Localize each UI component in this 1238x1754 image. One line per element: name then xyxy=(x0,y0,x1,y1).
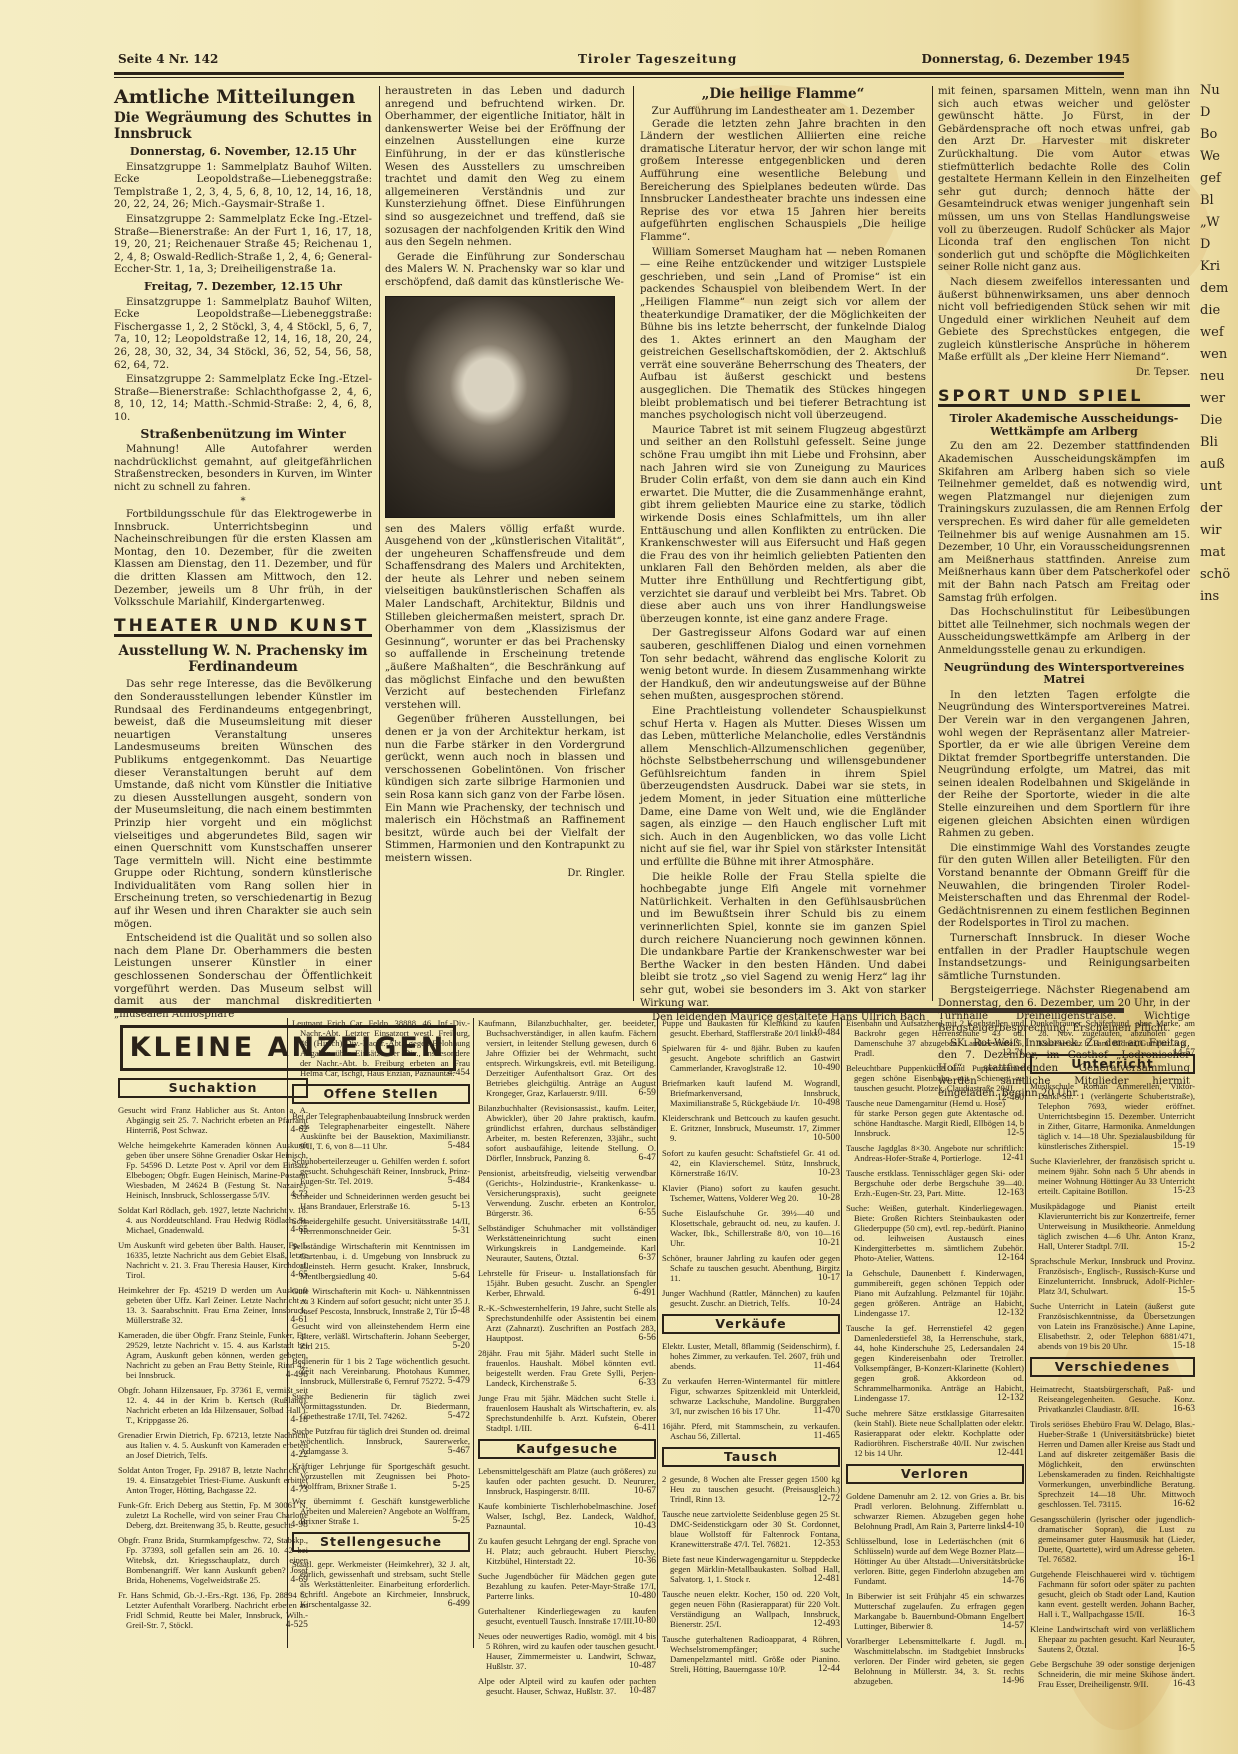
classified-ad: Spielwaren für 4- und 8jähr. Buben zu ka… xyxy=(662,1043,840,1073)
classified-ad: Vorarlberger Lebensmittelkarte f. Jugdl.… xyxy=(846,1636,1024,1686)
ad-text: Soldat Anton Troger, Fp. 29187 B, letzte… xyxy=(118,1465,308,1495)
ad-text: Kaufe kombinierte Tischlerhobelmaschine.… xyxy=(478,1501,656,1531)
asterisk-divider: * xyxy=(114,496,372,509)
ad-code: 6-55 xyxy=(647,1208,657,1218)
ad-text: Kameraden, die über Obgfr. Franz Steinle… xyxy=(118,1330,308,1380)
ad-code: 14-57 xyxy=(1010,1621,1024,1631)
classified-ad: Puppe und Baukasten für Kleinkind zu kau… xyxy=(662,1018,840,1038)
ad-code: 16-1 xyxy=(1186,1554,1195,1564)
ad-code: 12-41 xyxy=(1010,1153,1024,1163)
ad-text: Tausche neue Damengarnitur (Hemd u. Hose… xyxy=(846,1098,1024,1138)
ad-text: Obgfr. Johann Hilzensauer, Fp. 37361 E, … xyxy=(118,1385,308,1425)
ad-text: Bilanzbuchhalter (Revisionsassist., kauf… xyxy=(478,1103,656,1163)
classified-ad: R.-K.-Schwesternhelferin, 19 Jahre, such… xyxy=(478,1303,656,1343)
club-notice: Turnerschaft Innsbruck. In dieser Woche … xyxy=(938,933,1190,983)
classified-ad: Neues oder neuwertiges Radio, womögl. mi… xyxy=(478,1631,656,1671)
schedule-day-2: Freitag, 7. Dezember, 12.15 Uhr xyxy=(114,281,372,294)
classified-ad: Beleuchtbare Puppenküche und Puppenzimme… xyxy=(846,1063,1024,1093)
classified-ad: Kleiderschrank und Bettcouch zu kaufen g… xyxy=(662,1113,840,1143)
classified-ad: In Biberwier ist seit Frühjahr 45 ein sc… xyxy=(846,1591,1024,1631)
classified-ad: Heimatrecht, Staatsbürgerschaft, Paß- un… xyxy=(1030,1384,1195,1414)
classified-ad: Tausche guterhaltenen Radioapparat, 4 Rö… xyxy=(662,1634,840,1674)
ad-text: Tirols seriöses Ehebüro Frau W. Delago, … xyxy=(1030,1419,1195,1509)
ad-code: 6-491 xyxy=(642,1288,656,1298)
adjacent-page-fragment: die xyxy=(1200,300,1238,322)
ad-code: 10-17 xyxy=(826,1273,840,1283)
ad-text: Puppe und Baukasten für Kleinkind zu kau… xyxy=(662,1018,840,1038)
classifieds-section-heading: Verschiedenes xyxy=(1030,1357,1195,1377)
adjacent-page-fragment: Bo xyxy=(1200,124,1238,146)
ad-code: 5-25 xyxy=(461,1481,471,1491)
article-paragraph: Das sehr rege Interesse, das die Bevölke… xyxy=(114,679,372,931)
classifieds-column: Dunkelbrauner Schäferhund, ohne Marke, a… xyxy=(1030,1018,1195,1694)
classified-ad: Junger Wachhund (Rattler, Männchen) zu k… xyxy=(662,1288,840,1308)
adjacent-page-fragment: Bl xyxy=(1200,190,1238,212)
adjacent-page-fragment: Nu xyxy=(1200,80,1238,102)
ad-code: 10-21 xyxy=(826,1238,840,1248)
article-paragraph: Gerade die Einführung zur Sonderschau de… xyxy=(385,252,625,290)
ad-text: Heimkehrer der Fp. 45219 D werden um Aus… xyxy=(118,1285,308,1325)
classified-ad: Gutgehende Fleischhauerei wird v. tüchti… xyxy=(1030,1569,1195,1619)
classified-ad: Suche mehrere Sätze erstklassige Gitarre… xyxy=(846,1408,1024,1458)
article-title-rubble: Die Wegräumung des Schuttes in Innsbruck xyxy=(114,110,372,142)
classified-ad: Ia Gehschule, Daunenbett f. Kinderwagen,… xyxy=(846,1268,1024,1318)
ad-code: 12-72 xyxy=(826,1494,840,1504)
ad-code: 12-353 xyxy=(821,1539,840,1549)
classified-ad: Schlüsselbund, lose in Ledertäschchen (m… xyxy=(846,1536,1024,1586)
article-paragraph: sen des Malers völlig erfaßt wurde. Ausg… xyxy=(385,524,625,713)
ad-text: Wer übernimmt f. Geschäft kunstgewerblic… xyxy=(292,1496,470,1526)
classified-ad: Suche Jugendbücher für Mädchen gegen gut… xyxy=(478,1571,656,1601)
ad-text: Suche Unterricht in Latein (äußerst gute… xyxy=(1030,1301,1195,1351)
article-paragraph: Gegenüber früheren Ausstellungen, bei de… xyxy=(385,714,625,865)
ad-code: 5-484 xyxy=(456,1176,470,1186)
adjacent-page-fragment: D xyxy=(1200,234,1238,256)
classified-ad: Goldene Damenuhr am 2. 12. von Gries a. … xyxy=(846,1491,1024,1531)
classified-ad: 28jähr. Frau mit 5jähr. Mäderl sucht Ste… xyxy=(478,1348,656,1388)
classified-ad: Pensionist, arbeitsfreudig, vielseitig v… xyxy=(478,1168,656,1218)
adjacent-page-fragment: ins xyxy=(1200,586,1238,608)
ad-text: Tausche guterhaltenen Radioapparat, 4 Rö… xyxy=(662,1634,840,1674)
article-paragraph: Nach diesem zweifellos interessanten und… xyxy=(938,277,1190,365)
ad-text: Gesangsschülerin (lyrischer oder jugendl… xyxy=(1030,1514,1195,1564)
classified-ad: Grenadier Erwin Dietrich, Fp. 67213, let… xyxy=(118,1430,308,1460)
column-divider xyxy=(379,86,380,1001)
ad-text: Zu kaufen gesucht Lehrgang der engl. Spr… xyxy=(478,1536,656,1566)
classified-ad: Schneidergehilfe gesucht. Universitätsst… xyxy=(292,1216,470,1236)
article-paragraph: Gerade die letzten zehn Jahre brachten i… xyxy=(640,119,926,245)
ad-code: 16-3 xyxy=(1186,1609,1195,1619)
ad-text: Bei der Telegraphenbauabteilung Innsbruc… xyxy=(292,1111,470,1151)
ad-text: Soldat Karl Rödlach, geb. 1927, letzte N… xyxy=(118,1205,308,1235)
classified-ad: Guterhaltener Kinderliegewagen zu kaufen… xyxy=(478,1606,656,1626)
classified-ad: Musikpädagoge und Pianist erteilt Klavie… xyxy=(1030,1201,1195,1251)
ad-text: Sprachschule Merkur, Innsbruck und Provi… xyxy=(1030,1256,1195,1296)
classified-ad: Elektr. Luster, Metall, 8flammig (Seiden… xyxy=(662,1341,840,1371)
ad-code: 10-67 xyxy=(642,1486,656,1496)
classifieds-column: Kaufmann, Bilanzbuchhalter, ger. beeidet… xyxy=(478,1018,656,1701)
classified-ad: Suche Putzfrau für täglich drei Stunden … xyxy=(292,1426,470,1456)
ad-text: Junger Wachhund (Rattler, Männchen) zu k… xyxy=(662,1288,840,1308)
ad-code: 15-2 xyxy=(1186,1241,1195,1251)
adjacent-page-fragment: wer xyxy=(1200,388,1238,410)
column-exhibition-cont: heraustreten in das Leben und dadurch an… xyxy=(385,86,625,880)
ad-text: Dunkelbrauner Schäferhund, ohne Marke, a… xyxy=(1030,1018,1195,1048)
adjacent-page-fragment: der xyxy=(1200,498,1238,520)
ad-code: 16-5 xyxy=(1186,1644,1195,1654)
ad-text: Gutgehende Fleischhauerei wird v. tüchti… xyxy=(1030,1569,1195,1619)
classifieds-section-heading: Verkäufe xyxy=(662,1314,840,1334)
winter-notice: Mahnung! Alle Autofahrer werden nachdrüc… xyxy=(114,444,372,494)
ad-text: Suche Bedienerin für täglich zwei Vormit… xyxy=(292,1391,470,1421)
ad-code: 12-132 xyxy=(1005,1308,1024,1318)
classifieds-divider xyxy=(473,1018,474,1648)
classified-ad: Kameraden, die über Obgfr. Franz Steinle… xyxy=(118,1330,308,1380)
ad-code: 6-37 xyxy=(647,1253,657,1263)
ad-text: Gesucht wird Franz Hablicher aus St. Ant… xyxy=(118,1105,308,1135)
ad-code: 16-62 xyxy=(1181,1499,1195,1509)
article-paragraph: Die heikle Rolle der Frau Stella spielte… xyxy=(640,872,926,1011)
ad-code: 5-20 xyxy=(461,1341,471,1351)
ad-text: In Biberwier ist seit Frühjahr 45 ein sc… xyxy=(846,1591,1024,1631)
classifieds-divider xyxy=(657,1018,658,1648)
classified-ad: Lebensmittelgeschäft am Platze (auch grö… xyxy=(478,1466,656,1496)
article-paragraph: Der Gastregisseur Alfons Godard war auf … xyxy=(640,628,926,704)
classified-ad: Bei der Telegraphenbauabteilung Innsbruc… xyxy=(292,1111,470,1151)
adjacent-page-fragment: wir xyxy=(1200,520,1238,542)
classified-ad: Funk-Gfr. Erich Deberg aus Stettin, Fp. … xyxy=(118,1500,308,1530)
adjacent-page-fragment: schö xyxy=(1200,564,1238,586)
classified-ad: Gesucht wird von alleinstehendem Herrn e… xyxy=(292,1321,470,1351)
author-signature: Dr. Tepser. xyxy=(938,367,1190,380)
classified-ad: Kaufe kombinierte Tischlerhobelmaschine.… xyxy=(478,1501,656,1531)
ad-text: Selbständige Wirtschafterin mit Kenntnis… xyxy=(292,1241,470,1281)
ad-text: Lehrstelle für Friseur- u. Installations… xyxy=(478,1268,656,1298)
ad-code: 12-460 xyxy=(1005,1093,1024,1103)
classified-ad: Welche heimgekehrte Kameraden können Aus… xyxy=(118,1140,308,1200)
adjacent-page-fragment: unt xyxy=(1200,476,1238,498)
schedule-group: Einsatzgruppe 1: Sammelplatz Bauhof Wilt… xyxy=(114,162,372,212)
article-paragraph: Zu den am 22. Dezember stattfindenden Ak… xyxy=(938,441,1190,605)
ad-code: 6-47 xyxy=(647,1153,657,1163)
ad-code: 15-5 xyxy=(1186,1286,1195,1296)
classified-ad: Lehrstelle für Friseur- u. Installations… xyxy=(478,1268,656,1298)
ad-code: 15-23 xyxy=(1181,1186,1195,1196)
ad-text: Sofort zu kaufen gesucht: Schaftstiefel … xyxy=(662,1148,840,1178)
ad-text: Funk-Gfr. Erich Deberg aus Stettin, Fp. … xyxy=(118,1500,308,1530)
column-review-sport: mit feinen, sparsamen Mitteln, wenn man … xyxy=(938,86,1190,1103)
ad-code: 5-484 xyxy=(456,1141,470,1151)
ad-text: Obgfr. Franz Brida, Sturmkampfgeschw. 72… xyxy=(118,1535,308,1585)
ad-code: 4-454 xyxy=(456,1068,470,1078)
article-paragraph: Maurice Tabret ist mit seinem Flugzeug a… xyxy=(640,425,926,627)
header-rule xyxy=(114,72,1124,75)
ad-code: 6-59 xyxy=(647,1088,657,1098)
ad-text: Kleine Landwirtschaft wird von verläßlic… xyxy=(1030,1624,1195,1654)
adjacent-page-fragment: dem xyxy=(1200,278,1238,300)
ad-text: Guterhaltener Kinderliegewagen zu kaufen… xyxy=(478,1606,656,1626)
classified-ad: Zu verkaufen Herren-Wintermantel für mit… xyxy=(662,1376,840,1416)
ad-text: Eisenbahn und Aufsatzherd mit 2 Kochstel… xyxy=(846,1018,1024,1058)
ad-code: 12-5 xyxy=(1015,1128,1024,1138)
ad-code: 15-19 xyxy=(1181,1141,1195,1151)
adjacent-page-fragment: gef xyxy=(1200,168,1238,190)
ad-text: Leutnant Erich Car, Feldp. 38888, 46. In… xyxy=(292,1018,470,1078)
classified-ad: Suche Eislaufschuhe Gr. 39½—40 und Klose… xyxy=(662,1208,840,1248)
ad-code: 11-470 xyxy=(821,1406,840,1416)
article-paragraph: In den letzten Tagen erfolgte die Neugrü… xyxy=(938,690,1190,841)
article-paragraph: Die einstimmige Wahl des Vorstandes zeug… xyxy=(938,843,1190,931)
adjacent-page-fragment: „W xyxy=(1200,212,1238,234)
classified-ad: 16jähr. Pferd, mit Stammschein, zu verka… xyxy=(662,1421,840,1441)
ad-text: Schuhoberteilerzeuger u. Gehilfen werden… xyxy=(292,1156,470,1186)
column-divider xyxy=(633,86,634,1001)
classified-ad: Briefmarken kauft laufend M. Wograndl, B… xyxy=(662,1078,840,1108)
adjacent-page-fragment: D xyxy=(1200,102,1238,124)
classified-ad: Gesangsschülerin (lyrischer oder jugendl… xyxy=(1030,1514,1195,1564)
ad-code: 10-36 xyxy=(642,1556,656,1566)
classified-ad: Suche Unterricht in Latein (äußerst gute… xyxy=(1030,1301,1195,1351)
classified-ad: 2 gesunde, 8 Wochen alte Fresser gegen 1… xyxy=(662,1474,840,1504)
ad-text: Junge Frau mit 5jähr. Mädchen sucht Stel… xyxy=(478,1393,656,1433)
ad-text: Selbständiger Schuhmacher mit vollständi… xyxy=(478,1223,656,1263)
classified-ad: Gebe Bergschuhe 39 oder sonstige derjeni… xyxy=(1030,1659,1195,1689)
ad-code: 12-163 xyxy=(1005,1188,1024,1198)
classifieds-section-heading: Suchaktion xyxy=(118,1078,308,1098)
classified-ad: Kräftiger Lehrjunge für Sportgeschäft ge… xyxy=(292,1461,470,1491)
ad-text: Heimatrecht, Staatsbürgerschaft, Paß- un… xyxy=(1030,1384,1195,1414)
classified-ad: Fr. Hans Schmid, Gb.-J.-Ers.-Rgt. 136, F… xyxy=(118,1590,308,1630)
ad-code: 12-71 xyxy=(1010,1048,1024,1058)
classified-ad: Gesucht wird Franz Hablicher aus St. Ant… xyxy=(118,1105,308,1135)
article-title-matrei: Neugründung des Wintersportvereines Matr… xyxy=(938,662,1190,687)
ad-code: 5-64 xyxy=(461,1271,471,1281)
classifieds-divider xyxy=(841,1018,842,1648)
classified-ad: Klavier (Piano) sofort zu kaufen gesucht… xyxy=(662,1183,840,1203)
article-title-flame: „Die heilige Flamme“ xyxy=(640,86,926,102)
ad-code: 10-484 xyxy=(821,1028,840,1038)
ad-text: Staatl. gepr. Werkmeister (Heimkehrer), … xyxy=(292,1559,470,1609)
ad-code: 16-43 xyxy=(1181,1679,1195,1689)
article-paragraph: mit feinen, sparsamen Mitteln, wenn man … xyxy=(938,86,1190,275)
classified-ad: Musikschule Roman Ammerellen, Viktor-Dan… xyxy=(1030,1081,1195,1151)
classified-ad: Kleine Landwirtschaft wird von verläßlic… xyxy=(1030,1624,1195,1654)
ad-text: Musikpädagoge und Pianist erteilt Klavie… xyxy=(1030,1201,1195,1251)
ad-code: 10-24 xyxy=(826,1298,840,1308)
ad-code: 6-33 xyxy=(647,1378,657,1388)
schedule-group: Einsatzgruppe 2: Sammelplatz Ecke Ing.-E… xyxy=(114,374,372,424)
classified-ad: Sprachschule Merkur, Innsbruck und Provi… xyxy=(1030,1256,1195,1296)
classified-ad: Wer übernimmt f. Geschäft kunstgewerblic… xyxy=(292,1496,470,1526)
article-title-exhibition: Ausstellung W. N. Prachensky im Ferdinan… xyxy=(114,643,372,675)
adjacent-page-fragment: We xyxy=(1200,146,1238,168)
classified-ad: Suche Bedienerin für täglich zwei Vormit… xyxy=(292,1391,470,1421)
classifieds-section-heading: Offene Stellen xyxy=(292,1084,470,1104)
classifieds-section-heading: Verloren xyxy=(846,1464,1024,1484)
classified-ad: Tausche neue Damengarnitur (Hemd u. Hose… xyxy=(846,1098,1024,1138)
ad-text: Welche heimgekehrte Kameraden können Aus… xyxy=(118,1140,308,1200)
ad-code: 10-23 xyxy=(826,1168,840,1178)
ad-code: 4-525 xyxy=(294,1620,308,1630)
classified-ad: Heimkehrer der Fp. 45219 D werden um Aus… xyxy=(118,1285,308,1325)
schedule-group: Einsatzgruppe 1: Sammelplatz Bauhof Wilt… xyxy=(114,297,372,373)
column-theater-review: „Die heilige Flamme“ Zur Aufführung im L… xyxy=(640,86,926,1027)
classifieds-divider xyxy=(1025,1018,1026,1648)
ad-text: Suche Putzfrau für täglich drei Stunden … xyxy=(292,1426,470,1456)
classified-ad: Zu kaufen gesucht Lehrgang der engl. Spr… xyxy=(478,1536,656,1566)
ad-text: Schneider und Schneiderinnen werden gesu… xyxy=(292,1191,470,1211)
ad-text: Kräftiger Lehrjunge für Sportgeschäft ge… xyxy=(292,1461,470,1491)
ads-separator xyxy=(114,1008,1124,1013)
ad-code: 10-80 xyxy=(642,1616,656,1626)
adjacent-page-fragment: mat xyxy=(1200,542,1238,564)
schedule-group: Einsatzgruppe 2: Sammelplatz Ecke Ing.-E… xyxy=(114,214,372,277)
article-title-arlberg: Tiroler Akademische Ausscheidungs-Wettkä… xyxy=(938,413,1190,438)
classifieds-column: Puppe und Baukasten für Kleinkind zu kau… xyxy=(662,1018,840,1679)
ad-text: Lebensmittelgeschäft am Platze (auch grö… xyxy=(478,1466,656,1496)
ad-text: Bedienerin für 1 bis 2 Tage wöchentlich … xyxy=(292,1356,470,1386)
ad-text: Gesucht wird von alleinstehendem Herrn e… xyxy=(292,1321,470,1351)
newspaper-name: Tiroler Tageszeitung xyxy=(578,52,737,66)
classified-ad: Obgfr. Johann Hilzensauer, Fp. 37361 E, … xyxy=(118,1385,308,1425)
adjacent-page-fragment: auß xyxy=(1200,454,1238,476)
ad-text: Kaufmann, Bilanzbuchhalter, ger. beeidet… xyxy=(478,1018,656,1098)
ad-text: 2 gesunde, 8 Wochen alte Fresser gegen 1… xyxy=(662,1474,840,1504)
classified-ad: Dunkelbrauner Schäferhund, ohne Marke, a… xyxy=(1030,1018,1195,1048)
classified-ad: Tausche neuen elektr. Kocher, 150 od. 22… xyxy=(662,1589,840,1629)
article-paragraph: heraustreten in das Leben und dadurch an… xyxy=(385,86,625,250)
classified-ad: Alpe oder Alpteil wird zu kaufen oder pa… xyxy=(478,1676,656,1696)
classified-ad: Staatl. gepr. Werkmeister (Heimkehrer), … xyxy=(292,1559,470,1609)
classified-ad: Biete fast neue Kinderwagengarnitur u. S… xyxy=(662,1554,840,1584)
adjacent-page-fragment: Bli xyxy=(1200,432,1238,454)
ad-code: 10-487 xyxy=(637,1661,656,1671)
article-paragraph: Eine Prachtleistung vollendeter Schauspi… xyxy=(640,706,926,870)
classified-ad: Sofort zu kaufen gesucht: Schaftstiefel … xyxy=(662,1148,840,1178)
section-title-official: Amtliche Mitteilungen xyxy=(114,86,372,108)
classified-ad: Soldat Anton Troger, Fp. 29187 B, letzte… xyxy=(118,1465,308,1495)
schedule-day-1: Donnerstag, 6. November, 12.15 Uhr xyxy=(114,146,372,159)
ad-code: 5-479 xyxy=(456,1376,470,1386)
newspaper-page: Seite 4 Nr. 142 Tiroler Tageszeitung Don… xyxy=(0,0,1238,1754)
classified-ad: Suche: Weißen, guterhalt. Kinderliegewag… xyxy=(846,1203,1024,1263)
ad-code: 10-480 xyxy=(637,1591,656,1601)
ad-text: Schneidergehilfe gesucht. Universitätsst… xyxy=(292,1216,470,1236)
column-divider xyxy=(932,86,933,1001)
ad-text: R.-K.-Schwesternhelferin, 19 Jahre, such… xyxy=(478,1303,656,1343)
ad-text: Gute Wirtschafterin mit Koch- u. Nähkenn… xyxy=(292,1286,470,1316)
classified-ad: Selbständiger Schuhmacher mit vollständi… xyxy=(478,1223,656,1263)
portrait-photo xyxy=(385,296,615,518)
ad-code: 10-28 xyxy=(826,1193,840,1203)
classifieds-column: SuchaktionGesucht wird Franz Hablicher a… xyxy=(118,1072,308,1635)
ad-text: Tausche Jagdglas 8×30. Angebote nur schr… xyxy=(846,1143,1024,1163)
ad-code: 5-31 xyxy=(461,1226,471,1236)
ad-text: Pensionist, arbeitsfreudig, vielseitig v… xyxy=(478,1168,656,1218)
classified-ad: Schöner, brauner Jahrling zu kaufen oder… xyxy=(662,1253,840,1283)
ad-text: Um Auskunft wird gebeten über Balth. Hau… xyxy=(118,1240,308,1280)
ad-code: 6-411 xyxy=(642,1423,656,1433)
classifieds-section-heading: Kaufgesuche xyxy=(478,1439,656,1459)
classified-ad: Tausche Ia gef. Herrenstiefel 42 gegen D… xyxy=(846,1323,1024,1403)
classifieds-divider xyxy=(287,1018,288,1648)
page-number: Seite 4 Nr. 142 xyxy=(118,52,218,66)
classified-ad: Um Auskunft wird gebeten über Balth. Hau… xyxy=(118,1240,308,1280)
ad-code: 14-10 xyxy=(1010,1521,1024,1531)
adjacent-page-fragment: wef xyxy=(1200,322,1238,344)
classified-ad: Tausche Jagdglas 8×30. Angebote nur schr… xyxy=(846,1143,1024,1163)
classified-ad: Eisenbahn und Aufsatzherd mit 2 Kochstel… xyxy=(846,1018,1024,1058)
ad-text: Musikschule Roman Ammerellen, Viktor-Dan… xyxy=(1030,1081,1195,1151)
ad-text: Tausche Ia gef. Herrenstiefel 42 gegen D… xyxy=(846,1323,1024,1403)
ad-text: Gebe Bergschuhe 39 oder sonstige derjeni… xyxy=(1030,1659,1195,1689)
ad-code: 10-500 xyxy=(821,1133,840,1143)
classifieds-section-heading: Tausch xyxy=(662,1447,840,1467)
article-title-winter: Straßenbenützung im Winter xyxy=(114,428,372,441)
classified-ad: Tausche erstklass. Tennisschläger gegen … xyxy=(846,1168,1024,1198)
ad-code: 14-57 xyxy=(1181,1048,1195,1058)
ad-code: 12-441 xyxy=(1005,1448,1024,1458)
classifieds-section-heading: Stellengesuche xyxy=(292,1532,470,1552)
ad-code: 5-48 xyxy=(461,1306,471,1316)
classified-ad: Suche Klavierlehrer, der französisch spr… xyxy=(1030,1156,1195,1196)
column-official-notices: Amtliche Mitteilungen Die Wegräumung des… xyxy=(114,86,372,1023)
classifieds-section-heading: Unterricht xyxy=(1030,1054,1195,1074)
header-rule-thin xyxy=(114,77,1124,78)
classified-ad: Leutnant Erich Car, Feldp. 38888, 46. In… xyxy=(292,1018,470,1078)
adjacent-page-fragment: Die xyxy=(1200,410,1238,432)
classified-ad: Tausche neue zartviolette Seidenbluse ge… xyxy=(662,1509,840,1549)
ad-text: Beleuchtbare Puppenküche und Puppenzimme… xyxy=(846,1063,1024,1093)
ad-code: 5-25 xyxy=(461,1516,471,1526)
ad-code: 5-472 xyxy=(456,1411,470,1421)
classified-ad: Tirols seriöses Ehebüro Frau W. Delago, … xyxy=(1030,1419,1195,1509)
ad-code: 11-465 xyxy=(821,1431,840,1441)
adjacent-page-fragment: neu xyxy=(1200,366,1238,388)
classified-ad: Soldat Karl Rödlach, geb. 1927, letzte N… xyxy=(118,1205,308,1235)
classifieds-column: Eisenbahn und Aufsatzherd mit 2 Kochstel… xyxy=(846,1018,1024,1691)
author-signature: Dr. Ringler. xyxy=(385,868,625,881)
ad-text: Goldene Damenuhr am 2. 12. von Gries a. … xyxy=(846,1491,1024,1531)
ad-code: 10-487 xyxy=(637,1686,656,1696)
classified-ad: Selbständige Wirtschafterin mit Kenntnis… xyxy=(292,1241,470,1281)
ad-code: 11-464 xyxy=(821,1361,840,1371)
ad-code: 14-76 xyxy=(1010,1576,1024,1586)
adjacent-page-fragment: wen xyxy=(1200,344,1238,366)
adjacent-page-edge: NuDBoWegefBl„WDKridemdiewefwenneuwerDieB… xyxy=(1200,80,1238,1740)
article-paragraph: William Somerset Maugham hat — neben Rom… xyxy=(640,247,926,423)
classified-ad: Schuhoberteilerzeuger u. Gehilfen werden… xyxy=(292,1156,470,1186)
classified-ad: Bilanzbuchhalter (Revisionsassist., kauf… xyxy=(478,1103,656,1163)
ad-text: Klavier (Piano) sofort zu kaufen gesucht… xyxy=(662,1183,840,1203)
school-notice: Fortbildungsschule für das Elektrogewerb… xyxy=(114,509,372,610)
article-paragraph: Das Hochschulinstitut für Leibesübungen … xyxy=(938,607,1190,657)
adjacent-page-fragment: Kri xyxy=(1200,256,1238,278)
classifieds-column: Leutnant Erich Car, Feldp. 38888, 46. In… xyxy=(292,1018,470,1614)
ad-text: Schlüsselbund, lose in Ledertäschchen (m… xyxy=(846,1536,1024,1586)
ad-code: 12-493 xyxy=(821,1619,840,1629)
ad-code: 10-490 xyxy=(821,1063,840,1073)
classified-ad: Schneider und Schneiderinnen werden gesu… xyxy=(292,1191,470,1211)
ad-code: 12-44 xyxy=(826,1664,840,1674)
classified-ad: Kaufmann, Bilanzbuchhalter, ger. beeidet… xyxy=(478,1018,656,1098)
ad-text: Vorarlberger Lebensmittelkarte f. Jugdl.… xyxy=(846,1636,1024,1686)
ad-text: Suche Eislaufschuhe Gr. 39½—40 und Klose… xyxy=(662,1208,840,1248)
classified-ad: Obgfr. Franz Brida, Sturmkampfgeschw. 72… xyxy=(118,1535,308,1585)
ad-text: 28jähr. Frau mit 5jähr. Mäderl sucht Ste… xyxy=(478,1348,656,1388)
ad-code: 16-63 xyxy=(1181,1404,1195,1414)
ad-code: 12-481 xyxy=(821,1574,840,1584)
